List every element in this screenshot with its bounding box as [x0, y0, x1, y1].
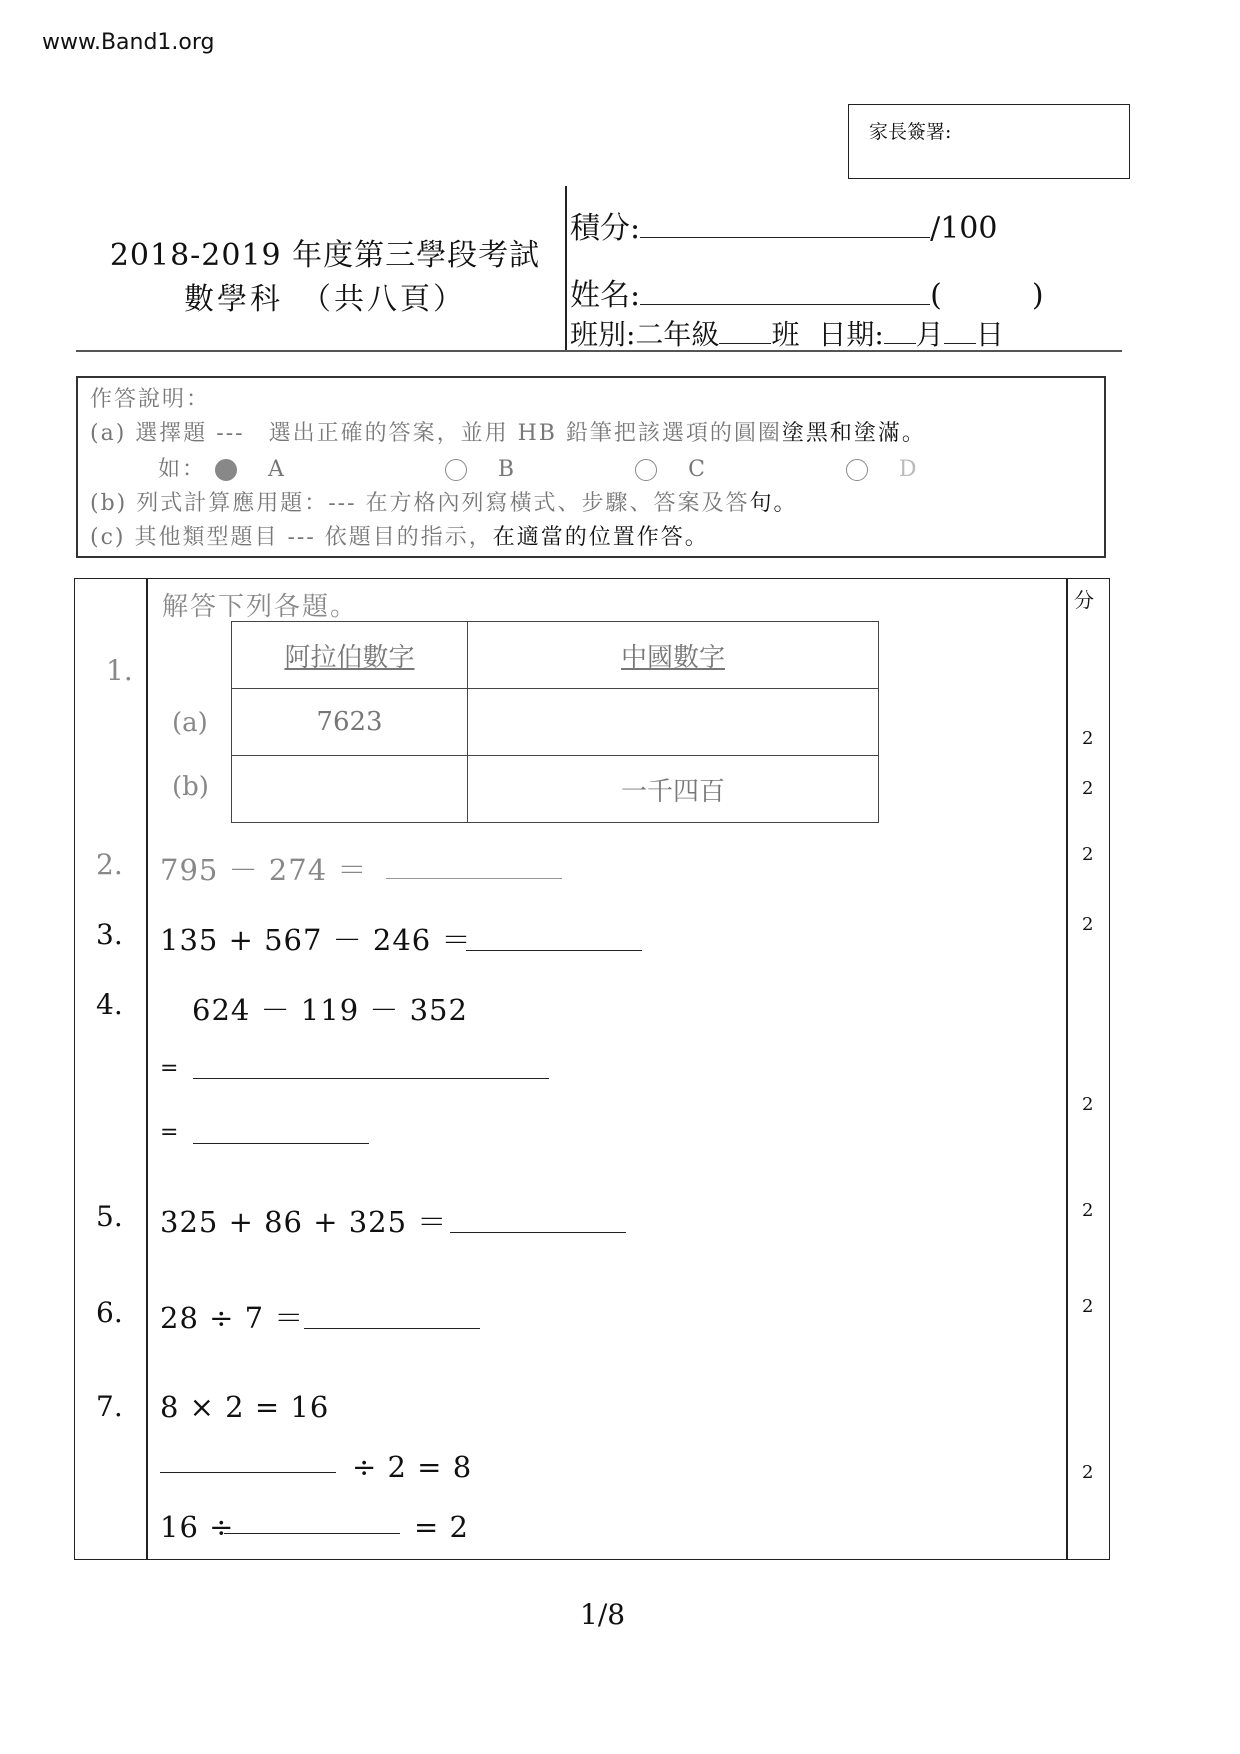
q1b-marks: 2	[1082, 778, 1093, 799]
header-rule	[76, 350, 1122, 352]
q3-expression: 135 + 567 － 246 ＝	[160, 918, 471, 959]
q2-marks: 2	[1082, 844, 1093, 865]
q7-line1: 8 × 2 = 16	[160, 1390, 329, 1424]
question-number-3: 3.	[96, 918, 123, 951]
instruction-c: (c) 其他類型題目 --- 依題目的指示，在適當的位置作答。	[90, 520, 709, 551]
header-divider	[565, 186, 567, 350]
site-watermark: www.Band1.org	[42, 30, 215, 55]
q5-marks: 2	[1082, 1200, 1093, 1221]
q4-step2-blank[interactable]	[193, 1143, 369, 1144]
q2-expression: 795 － 274 ＝	[160, 848, 367, 889]
empty-bubble-icon	[635, 459, 657, 481]
class-label: 班別:二年級	[570, 318, 719, 351]
class-suffix: 班	[771, 318, 799, 351]
cell-a-arabic: 7623	[232, 689, 468, 756]
score-label: 積分:	[570, 211, 640, 246]
numeral-conversion-table: 阿拉伯數字 中國數字 7623 一千四百	[231, 621, 879, 823]
bubble-example: 如： A B C D	[158, 452, 919, 483]
day-blank[interactable]	[944, 319, 976, 344]
cell-a-chinese-answer[interactable]	[468, 689, 879, 756]
instruction-b: (b) 列式計算應用題：--- 在方格內列寫橫式、步驟、答案及答句。	[90, 486, 798, 517]
q7-line3-blank[interactable]	[224, 1533, 400, 1534]
day-label: 日	[976, 318, 1004, 351]
date-label: 日期:	[818, 318, 883, 351]
score-total: /100	[930, 211, 997, 246]
empty-bubble-icon	[846, 459, 868, 481]
name-label: 姓名:	[570, 278, 640, 313]
q1a-marks: 2	[1082, 728, 1093, 749]
table-header-chinese: 中國數字	[468, 622, 879, 689]
filled-bubble-icon	[215, 459, 237, 481]
month-label: 月	[916, 318, 944, 351]
question-number-7: 7.	[96, 1390, 123, 1423]
q6-marks: 2	[1082, 1296, 1093, 1317]
class-blank[interactable]	[719, 319, 771, 344]
instructions-box: 作答說明： (a) 選擇題 --- 選出正確的答案，並用 HB 鉛筆把該選項的圓…	[76, 376, 1106, 558]
month-blank[interactable]	[884, 319, 916, 344]
q7-line2-suffix: ÷ 2 = 8	[352, 1450, 472, 1484]
question-number-2: 2.	[96, 848, 123, 881]
parent-signature-box[interactable]: 家長簽署:	[848, 104, 1130, 179]
q7-line3-prefix: 16 ÷	[160, 1510, 234, 1544]
name-field: 姓名:()	[570, 270, 1044, 314]
instruction-a: (a) 選擇題 --- 選出正確的答案，並用 HB 鉛筆把該選項的圓圈塗黑和塗滿…	[90, 416, 926, 447]
class-date-field: 班別:二年級班 日期:月日	[570, 313, 1004, 353]
name-blank[interactable]	[640, 278, 930, 305]
q4-expression: 624 － 119 － 352	[192, 988, 468, 1029]
q4-step1-equals: =	[160, 1056, 178, 1081]
q5-answer-blank[interactable]	[450, 1232, 626, 1233]
exam-title: 2018-2019 年度第三學段考試	[100, 230, 550, 274]
q5-expression: 325 + 86 + 325 ＝	[160, 1200, 447, 1241]
score-field: 積分:/100	[570, 203, 997, 247]
number-column-divider	[146, 578, 148, 1560]
q6-expression: 28 ÷ 7 ＝	[160, 1296, 304, 1337]
name-paren-close: )	[1032, 278, 1044, 313]
name-paren-open: (	[930, 278, 942, 313]
question-number-6: 6.	[96, 1296, 123, 1329]
q4-step1-blank[interactable]	[193, 1078, 549, 1079]
exam-subtitle: 數學科 （共八頁）	[100, 274, 550, 318]
marks-header: 分	[1074, 584, 1094, 613]
q7-marks: 2	[1082, 1462, 1093, 1483]
page-number: 1/8	[580, 1598, 625, 1631]
table-header-arabic: 阿拉伯數字	[232, 622, 468, 689]
cell-b-arabic-answer[interactable]	[232, 756, 468, 823]
question-number-1: 1.	[106, 654, 133, 687]
q2-answer-blank[interactable]	[386, 878, 562, 879]
parent-signature-label: 家長簽署:	[869, 117, 951, 144]
score-blank[interactable]	[640, 211, 930, 238]
q4-step2-equals: =	[160, 1120, 178, 1145]
q3-answer-blank[interactable]	[466, 950, 642, 951]
q7-line2-blank[interactable]	[160, 1472, 336, 1473]
q3-marks: 2	[1082, 914, 1093, 935]
section-instruction: 解答下列各題。	[162, 586, 358, 623]
empty-bubble-icon	[445, 459, 467, 481]
q1b-label: (b)	[172, 772, 209, 802]
marks-column-divider	[1066, 578, 1068, 1560]
question-number-4: 4.	[96, 988, 123, 1021]
q6-answer-blank[interactable]	[304, 1328, 480, 1329]
cell-b-chinese: 一千四百	[468, 756, 879, 823]
q7-line3-suffix: = 2	[414, 1510, 469, 1544]
instructions-heading: 作答說明：	[90, 382, 210, 413]
q4-marks: 2	[1082, 1094, 1093, 1115]
q1a-label: (a)	[172, 708, 208, 738]
question-number-5: 5.	[96, 1200, 123, 1233]
